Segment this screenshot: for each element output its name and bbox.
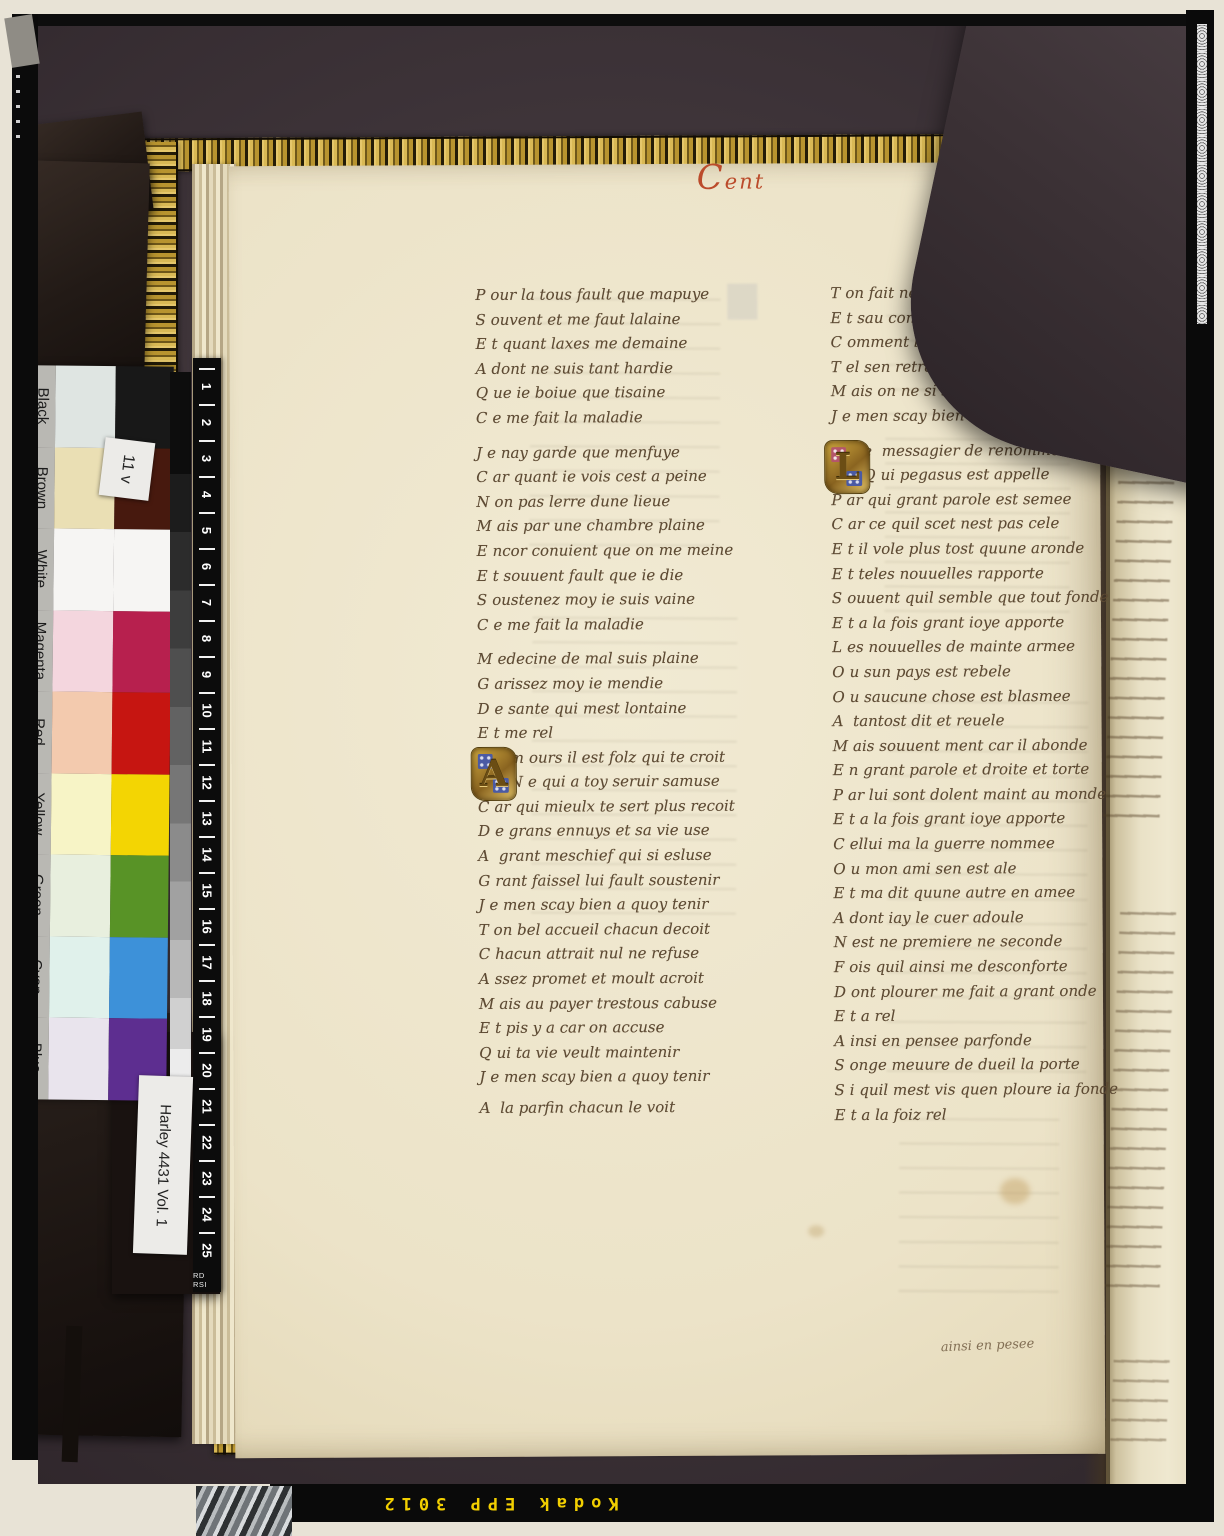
verse-line: De sante qui mest lontaine [477,695,817,721]
color-swatch-full [112,692,171,774]
stanza: Ton bel accueil chacun decoitChacun attr… [479,916,820,1090]
ruler-number: 5 [199,526,214,533]
ruler-cells: 1 2 3 4 5 6 7 8 9 10 11 12 [193,368,221,1268]
ruler-number: 10 [200,703,215,717]
shelfmark-text: Harley 4431 Vol. 1 [152,1103,173,1226]
verse-line: Souuent quil semble que tout fonde [832,584,1172,610]
illuminated-initial-A: A [472,747,516,799]
ruler-cell: 5 [193,512,221,548]
ruler-cell: 25 [193,1232,221,1268]
color-chart-row: Magenta [26,610,171,693]
verse-line: Songe meuure de dueil la porte [834,1052,1174,1078]
color-swatch-tint [48,1018,109,1100]
color-swatch-tint [50,855,111,937]
verse-line: Medecine de mal suis plaine [477,646,817,672]
catchword: ainsi en pesee [941,1336,1035,1355]
stanza: Medecine de mal suis plaineGarissez moy … [477,646,818,746]
verse-line: Pour la tous fault que mapuye [475,281,815,307]
color-swatch-tint [49,936,110,1018]
ruler-number: 8 [199,634,214,641]
ruler-number: 23 [200,1171,215,1185]
verse-line: Que ie boiue que tisaine [476,380,816,406]
verse-line: Si quil mest vis quen ploure ia fonde [834,1076,1174,1102]
ruler-number: 4 [199,490,214,497]
ruler-number: 12 [200,775,215,789]
verse-line: Par qui grant parole est semee [831,486,1171,512]
stanza: Ainsi en pensee parfondeSonge meuure de … [834,1027,1175,1127]
stanza: Cellui ma la guerre nommeeOu mon ami sen… [833,830,1174,1029]
ruler-number: 1 [199,382,214,389]
ruler-cell: 9 [193,656,221,692]
ruler-number: 20 [200,1063,215,1077]
verse-line: De grans ennuys et sa vie use [478,818,818,844]
ruler-number: 17 [200,955,215,969]
ruler-cell: 17 [193,944,221,980]
calibration-ruler: 1 2 3 4 5 6 7 8 9 10 11 12 [193,358,221,1292]
ruler-cell: 13 [193,800,221,836]
ruler-cell: 4 [193,476,221,512]
verse-line: Grant faissel lui fault soustenir [478,867,818,893]
kodak-film-label: Kodak EPP 3012 [348,1489,648,1517]
verse-line: Cellui ma la guerre nommee [833,830,1173,856]
color-swatch-tint [52,610,113,692]
ruler-number: 13 [200,811,215,825]
verse-line: Soustenez moy ie suis vaine [477,586,817,612]
verse-line: Ou saucune chose est blasmee [832,683,1172,709]
verse-line: Assez promet et moult acroit [479,965,819,991]
verse-line: Par lui sont dolent maint au monde [833,781,1173,807]
ruler-cell: 21 [193,1088,221,1124]
color-chart-row: Cyan [23,936,168,1019]
verse-line: Encor conuient que on me meine [477,537,817,563]
color-swatch-tint [52,692,113,774]
film-edge-top [38,14,1188,26]
ruler-number: 24 [200,1207,215,1221]
ruler-cell: 18 [193,980,221,1016]
initial-letter: L [834,449,860,485]
verse-line: Qui ta vie veult maintenir [479,1039,819,1065]
ruler-number: 11 [200,739,215,753]
stanza: A la parfin chacun le voit [479,1094,819,1120]
ruler-number: 18 [200,991,215,1005]
ruler-cell: 6 [193,548,221,584]
ruler-cell: 7 [193,584,221,620]
verse-line: Car qui mieulx te sert plus recoit [478,793,818,819]
verse-line: Car ce quil scet nest pas cele [831,511,1171,537]
verse-line: Et me rel [478,719,818,745]
verse-line: Je nay garde que menfuye [476,439,816,465]
film-sprocket-dots [1197,24,1207,324]
initial-letter: A [480,756,508,792]
ruler-number: 2 [199,418,214,425]
color-swatch-full [113,529,172,611]
color-chart-row: Yellow [25,773,170,856]
verse-line: Ainsi en pensee parfonde [834,1027,1174,1053]
ruler-number: 6 [199,562,214,569]
verse-line: Et a la foiz rel [835,1101,1175,1127]
ruler-cell: 8 [193,620,221,656]
folio-number-label: 11 v [99,437,156,501]
verse-line: Adont iay le cuer adoule [834,904,1174,930]
ruler-cell: 15 [193,872,221,908]
verse-line: Ton bel accueil chacun decoit [479,916,819,942]
ruler-number: 22 [200,1135,215,1149]
verse-line: Garissez moy ie mendie [477,670,817,696]
verse-line: Et il vole plus tost quune aronde [832,535,1172,561]
verse-line: Les nouuelles de mainte armee [832,634,1172,660]
verse-line: En grant parole et droite et torte [833,757,1173,783]
ruler-cell: 1 [193,368,221,404]
folio-number: 11 v [116,453,137,484]
color-chart-row: Black [29,365,174,448]
verse-line: A la parfin chacun le voit [479,1094,819,1120]
ruler-cell: 12 [193,764,221,800]
color-chart-row: Red [26,691,171,774]
color-swatch-tint [53,529,114,611]
verse-line: Mais au payer trestous cabuse [479,990,819,1016]
verse-line: Ce me fait la maladie [476,404,816,430]
verse-line: Mais souuent ment car il abonde [833,732,1173,758]
verse-line: Non pas lerre dune lieue [476,488,816,514]
verse-line: Et souuent fault que ie die [477,562,817,588]
ruler-number: 3 [199,454,214,461]
verse-line: Car quant ie vois cest a peine [476,463,816,489]
ruler-number: 21 [200,1099,215,1113]
color-swatch-tint [55,366,116,448]
ruler-number: 19 [200,1027,215,1041]
color-chart-row: Green [24,854,169,937]
ruler-cell: 23 [193,1160,221,1196]
ruler-cell: 10 [193,692,221,728]
verse-line: Et a rel [834,1003,1174,1029]
color-swatch-full [112,611,171,693]
ruler-number: 25 [200,1243,215,1257]
ruler-cell: 19 [193,1016,221,1052]
shelfmark-label: Harley 4431 Vol. 1 [133,1075,193,1255]
ruler-cell: 2 [193,404,221,440]
color-swatch-tint [51,773,112,855]
verse-line: Et a la fois grant ioye apporte [832,609,1172,635]
verse-line: A tantost dit et reuele [832,707,1172,733]
verse-line: Dont plourer me fait a grant onde [834,978,1174,1004]
ruler-number: 7 [199,598,214,605]
verse-line: Et pis y a car on accuse [479,1014,819,1040]
ruler-number: 16 [200,919,215,933]
color-swatch-full [111,774,170,856]
ruler-foot-code: RD RSI [193,1268,221,1292]
verse-line: Et quant laxes me demaine [475,330,815,356]
stanza-with-initial: A mours il est folz qui te croitNe qui a… [478,744,819,918]
verse-line: Ou sun pays est rebele [832,658,1172,684]
ruler-number: 15 [200,883,215,897]
verse-line: Je men scay bien a quoy tenir [478,891,818,917]
ruler-number: 9 [199,670,214,677]
verse-line: Adont ne suis tant hardie [476,355,816,381]
ruler-cell: 22 [193,1124,221,1160]
ruler-number: 14 [200,847,215,861]
digitization-photo: Cent Pour la tous fault que mapuyeSouven… [0,0,1224,1536]
verse-line: Nest ne premiere ne seconde [834,929,1174,955]
ruler-cell: 24 [193,1196,221,1232]
color-swatch-full [109,937,168,1019]
verse-line: A grant meschief qui si esluse [478,842,818,868]
verse-line: Fois quil ainsi me desconforte [834,953,1174,979]
ruler-cell: 14 [193,836,221,872]
running-title: Cent [697,167,766,193]
stanza: Les nouuelles de mainte armeeOu sun pays… [832,634,1173,833]
verse-line: Je men scay bien a quoy tenir [479,1064,819,1090]
verse-line: Et teles nouuelles rapporte [832,560,1172,586]
verse-line: Ou mon ami sen est ale [833,855,1173,881]
text-column-left: Pour la tous fault que mapuyeSouvent et … [475,281,819,1130]
cradle-clamp-top-left [30,161,150,378]
parchment-stain [808,1225,824,1237]
striped-clip [196,1486,292,1536]
stanza-lines: mours il est folz qui te croitNe qui a t… [478,744,819,918]
ruler-cell: 11 [193,728,221,764]
verse-line: mours il est folz qui te croit [510,744,818,770]
film-edge-bottom: Kodak EPP 3012 [270,1484,1186,1522]
facing-page-text-fragment [1110,1343,1171,1455]
verse-line: Et a la fois grant ioye apporte [833,806,1173,832]
verse-line: Ce me fait la maladie [477,611,817,637]
parchment-stain [1000,1178,1030,1204]
verse-line: Chacun attrait nul ne refuse [479,941,819,967]
verse-line: Mais par une chambre plaine [476,513,816,539]
grayscale-step-wedge [170,372,191,1100]
film-edge-left [12,14,38,1460]
verse-line: Ne qui a toy seruir samuse [510,768,818,794]
ruler-cell: 16 [193,908,221,944]
verse-line: Et ma dit quune autre en amee [833,880,1173,906]
illuminated-initial-L: L [825,440,869,492]
color-chart-row: White [27,528,172,611]
ruler-cell: 3 [193,440,221,476]
stanza: Je nay garde que menfuyeCar quant ie voi… [476,439,817,638]
stanza: Pour la tous fault que mapuyeSouvent et … [475,281,816,430]
verse-line: Souvent et me faut lalaine [475,306,815,332]
color-swatch-full [115,366,174,448]
ruler-cell: 20 [193,1052,221,1088]
color-swatch-full [110,855,169,937]
